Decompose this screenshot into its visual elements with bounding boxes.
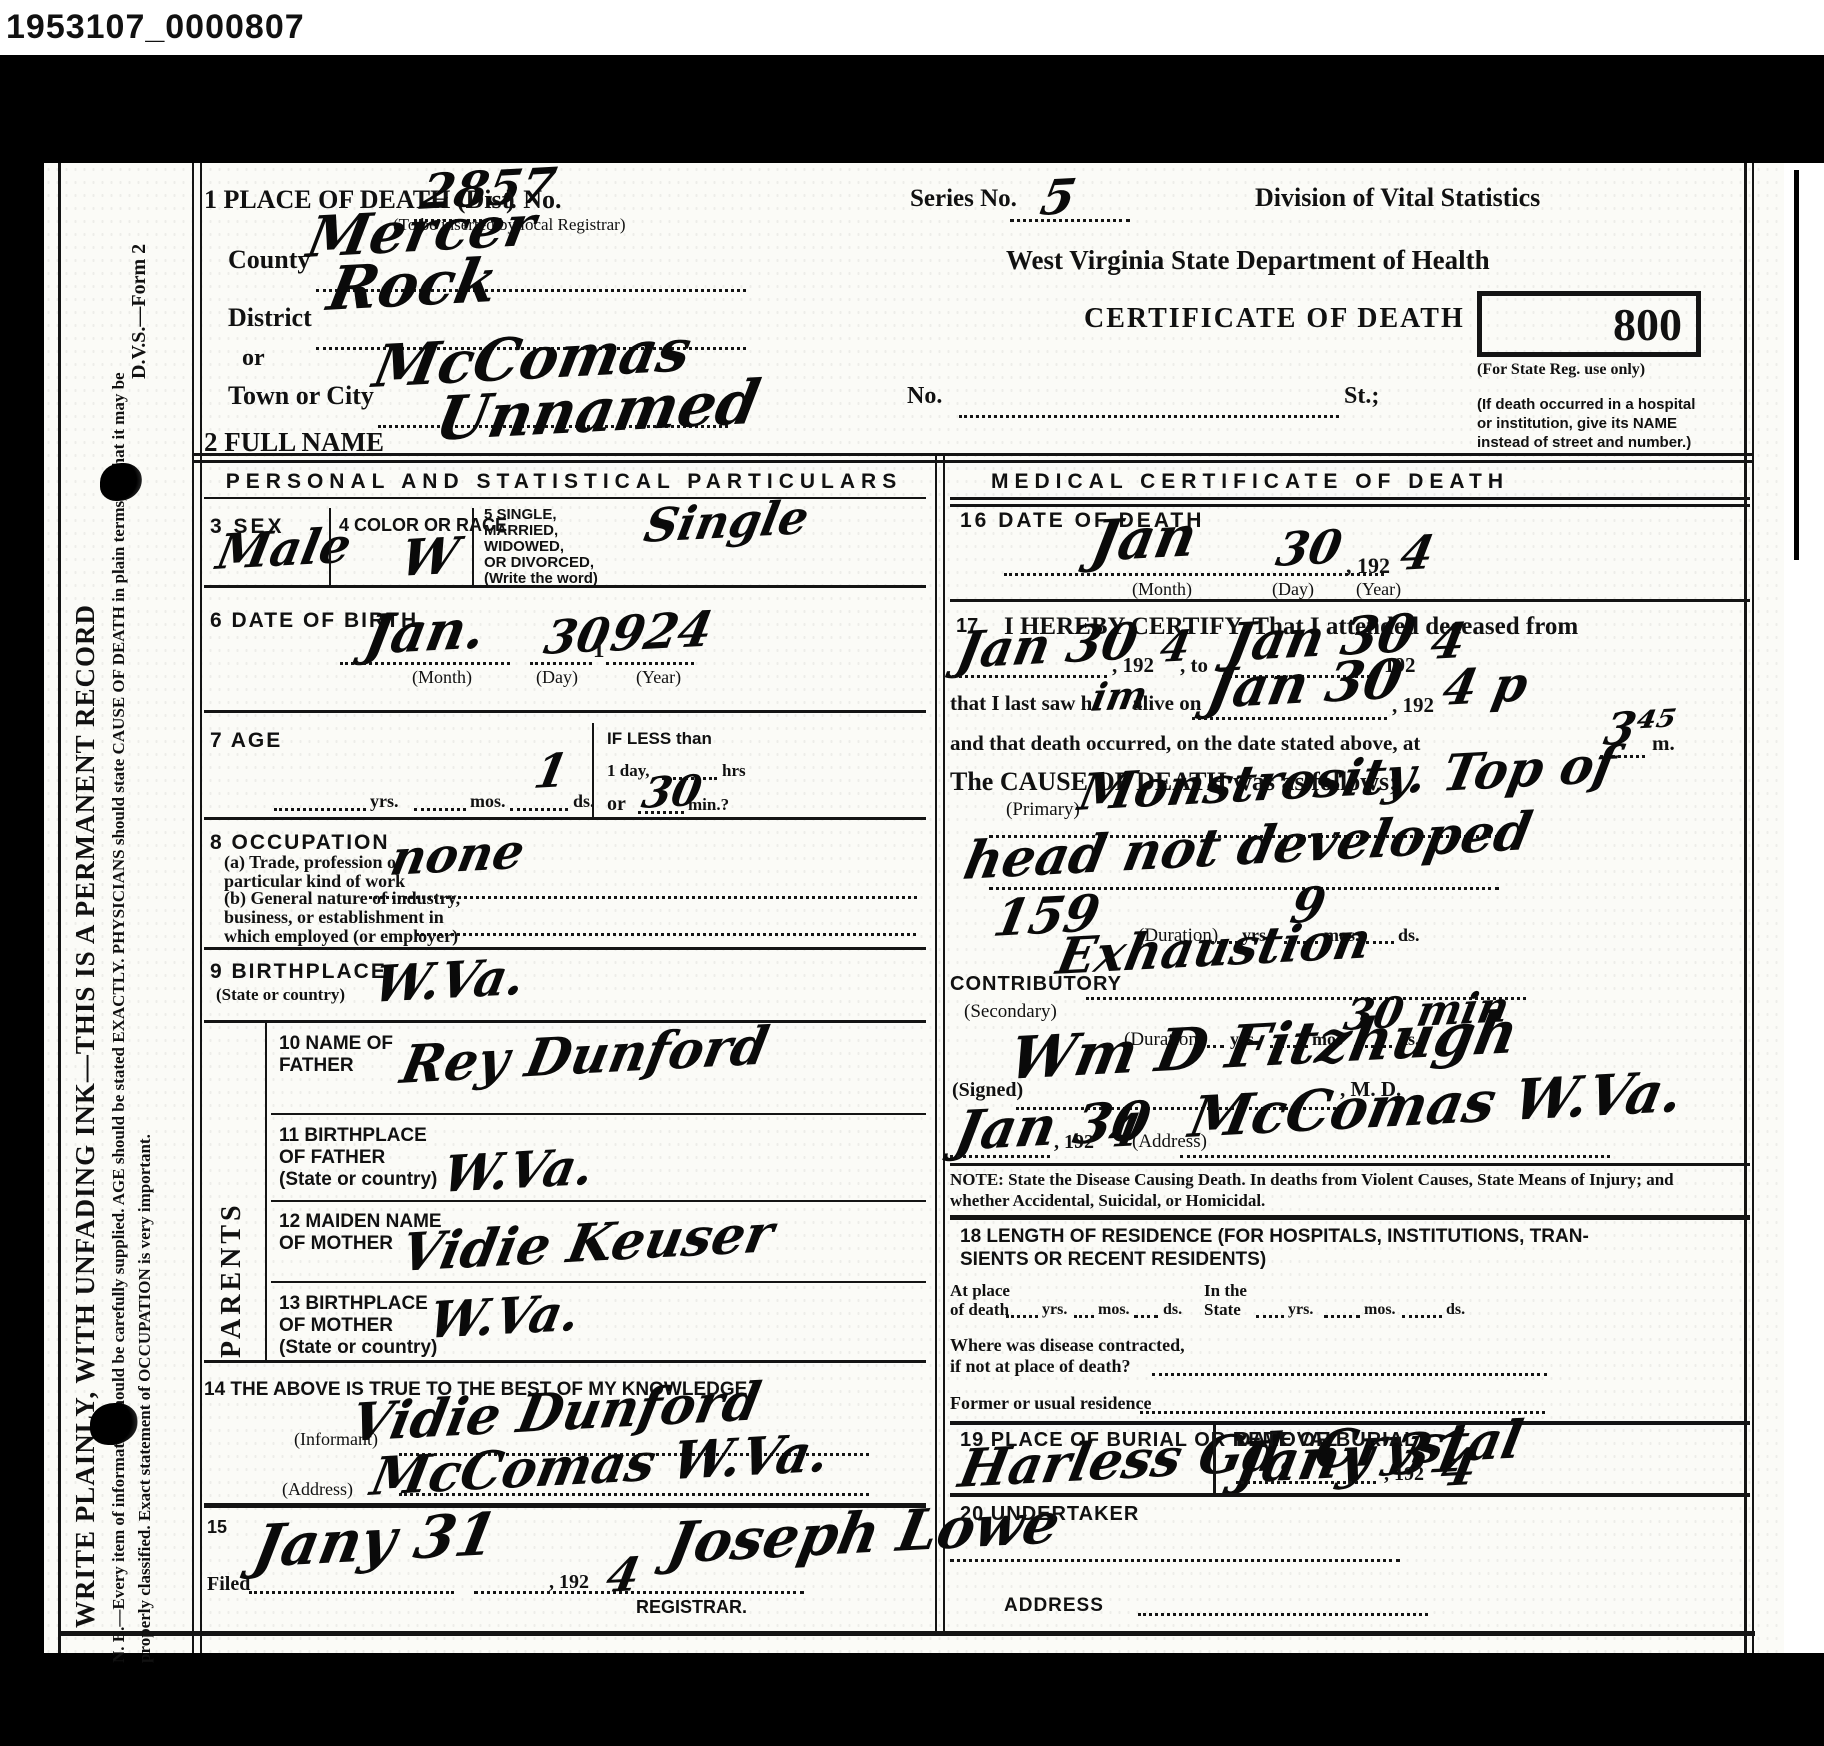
section-divider-rule xyxy=(192,453,1752,463)
sex-value: Male xyxy=(212,517,356,581)
birth-month-value: Jan. xyxy=(360,596,491,667)
state-reg-note: (For State Reg. use only) xyxy=(1477,361,1645,379)
month-caption: (Month) xyxy=(412,667,472,688)
father-name-label: 10 NAME OF FATHER xyxy=(279,1033,393,1077)
medical-section-title: MEDICAL CERTIFICATE OF DEATH xyxy=(950,470,1550,494)
mos-caption: mos. xyxy=(1098,1301,1130,1319)
former-residence-label: Former or usual residence xyxy=(950,1393,1151,1414)
dotted-line xyxy=(959,415,1339,418)
day-caption: (Day) xyxy=(536,667,578,688)
m-caption: m. xyxy=(1652,731,1675,756)
dotted-line xyxy=(530,662,592,665)
ds-caption: ds. xyxy=(1163,1301,1182,1319)
death-day-value: 30 xyxy=(1272,519,1347,577)
age-mos-caption: mos. xyxy=(470,791,506,812)
dotted-line xyxy=(1152,1373,1547,1376)
dotted-line xyxy=(399,1493,869,1496)
heavy-rule xyxy=(950,1215,1750,1220)
dotted-line xyxy=(1180,1155,1610,1158)
rule xyxy=(950,599,1750,602)
one-day-label: 1 day, xyxy=(607,761,650,781)
district-label: District xyxy=(228,303,312,333)
age-days-value: 1 xyxy=(530,743,573,799)
scan-black-band-bottom xyxy=(0,1653,1824,1746)
ds-caption: ds. xyxy=(1398,925,1420,946)
rule xyxy=(271,1113,926,1115)
disease-contracted-label: Where was disease contracted, if not at … xyxy=(950,1335,1185,1377)
saw-year-prefix: , 192 xyxy=(1392,693,1434,718)
dotted-line xyxy=(414,808,466,811)
filed-date-value: Jany 31 xyxy=(248,1500,503,1581)
form-border-right xyxy=(1752,163,1754,1653)
scan-black-band-left xyxy=(0,163,44,1653)
year-caption: (Year) xyxy=(636,667,681,688)
dotted-line xyxy=(952,675,1107,678)
dotted-line xyxy=(249,1591,454,1594)
contributory-value: Exhaustion xyxy=(1052,910,1376,986)
last-saw-post: alive on xyxy=(1132,691,1201,716)
birthplace-value: W.Va. xyxy=(369,946,530,1014)
or-label: or xyxy=(242,345,265,372)
cell-divider xyxy=(592,723,594,817)
rule xyxy=(271,1200,926,1202)
color-race-value: W xyxy=(396,525,464,588)
age-yrs-caption: yrs. xyxy=(370,791,399,812)
state-registration-number: 800 xyxy=(1477,291,1701,357)
violent-causes-note: NOTE: State the Disease Causing Death. I… xyxy=(950,1169,1730,1211)
rule xyxy=(271,1281,926,1283)
dotted-line xyxy=(1402,1315,1442,1318)
secondary-caption: (Secondary) xyxy=(964,1001,1057,1023)
cell-divider xyxy=(1213,1421,1216,1493)
mother-birthplace-value: W.Va. xyxy=(424,1282,585,1350)
death-month-value: Jan xyxy=(1086,503,1202,575)
rule xyxy=(950,1163,1750,1166)
dotted-line xyxy=(510,808,568,811)
birth-year-value: 924 xyxy=(606,601,717,663)
day-caption: (Day) xyxy=(1272,579,1314,600)
hospital-note: (If death occurred in a hospital or inst… xyxy=(1477,395,1702,452)
month-caption: (Month) xyxy=(1132,579,1192,600)
last-saw-year: 4 p xyxy=(1438,656,1533,717)
dotted-line xyxy=(950,1155,1050,1158)
occupation-b-label: (b) General nature of industry, business… xyxy=(224,889,460,946)
dotted-line xyxy=(1006,1315,1038,1318)
dotted-line xyxy=(1324,1315,1360,1318)
signature-year-prefix: , 192 xyxy=(1054,1131,1094,1154)
father-birthplace-label: 11 BIRTHPLACE OF FATHER (State or countr… xyxy=(279,1125,437,1191)
registrar-caption: REGISTRAR. xyxy=(636,1597,747,1618)
ds-caption: ds. xyxy=(1446,1301,1465,1319)
if-less-label: IF LESS than xyxy=(607,729,712,749)
dotted-line xyxy=(1366,941,1394,944)
yrs-caption: yrs. xyxy=(1042,1301,1067,1319)
rule xyxy=(204,1020,926,1023)
undertaker-address-label: ADDRESS xyxy=(1004,1595,1104,1617)
dotted-line xyxy=(950,1559,1400,1562)
death-year-value: 4 xyxy=(1396,525,1439,581)
parents-label: PARENTS xyxy=(216,1098,248,1358)
certificate-paper: D.V.S.—Form 2 WRITE PLAINLY, WITH UNFADI… xyxy=(44,163,1784,1653)
cell-divider xyxy=(472,508,474,588)
rule xyxy=(204,710,926,713)
rule xyxy=(204,585,926,588)
birthplace-label: 9 BIRTHPLACE xyxy=(210,960,387,984)
dotted-line xyxy=(1236,1481,1376,1484)
street-no-label: No. xyxy=(907,383,942,410)
dotted-line xyxy=(638,811,684,814)
marital-status-label: 5 SINGLE, MARRIED, WIDOWED, OR DIVORCED,… xyxy=(484,507,598,587)
year-caption: (Year) xyxy=(1356,579,1401,600)
margin-nb-note: N. B.—Every item of information should b… xyxy=(106,333,190,1663)
rule xyxy=(204,497,926,499)
cell-divider xyxy=(329,508,331,588)
primary-caption: (Primary) xyxy=(1006,799,1080,821)
last-saw-pre: that I last saw h xyxy=(950,691,1092,716)
form-border-bottom xyxy=(58,1631,1755,1636)
length-of-residence-label: 18 LENGTH OF RESIDENCE (FOR HOSPITALS, I… xyxy=(960,1225,1730,1271)
town-or-city-label: Town or City xyxy=(228,381,374,411)
dotted-line xyxy=(1134,1315,1158,1318)
rule xyxy=(204,817,926,820)
department-title: West Virginia State Department of Health xyxy=(1006,245,1490,276)
heavy-rule xyxy=(950,1493,1750,1497)
father-name-value: Rey Dunford xyxy=(396,1015,774,1096)
mos-caption: mos. xyxy=(1364,1301,1396,1319)
district-value: Rock xyxy=(322,245,504,325)
dotted-line xyxy=(1138,1613,1428,1616)
min-caption: min.? xyxy=(688,795,729,815)
rule xyxy=(950,497,1750,507)
filed-number: 15 xyxy=(207,1517,227,1538)
dotted-line xyxy=(474,1591,804,1594)
dotted-line xyxy=(416,933,916,936)
scanned-death-certificate-page: 1953107_0000807 D.V.S.—Form 2 WRITE PLAI… xyxy=(0,0,1824,1746)
hrs-caption: hrs xyxy=(722,761,746,781)
form-border-right xyxy=(1744,163,1747,1653)
occupation-a-label: (a) Trade, profession or particular kind… xyxy=(224,853,405,891)
scan-id: 1953107_0000807 xyxy=(6,8,305,47)
filed-label: Filed xyxy=(207,1573,250,1596)
at-place-label: At place of death xyxy=(950,1281,1010,1319)
margin-separator-line xyxy=(192,163,194,1653)
burial-year-prefix: , 192 xyxy=(1384,1463,1424,1486)
or-caption: or xyxy=(607,793,626,816)
form-border-left xyxy=(58,163,61,1653)
age-label: 7 AGE xyxy=(210,729,282,753)
mother-birthplace-label: 13 BIRTHPLACE OF MOTHER (State or countr… xyxy=(279,1293,437,1359)
marital-status-value: Single xyxy=(640,490,813,553)
scan-black-band-top xyxy=(0,55,1824,163)
dotted-line xyxy=(606,662,694,665)
last-saw-date-value: Jan 30 xyxy=(1202,646,1408,721)
dotted-line xyxy=(274,808,366,811)
dotted-line xyxy=(1256,1315,1284,1318)
yrs-caption: yrs. xyxy=(1288,1301,1313,1319)
birthplace-sub: (State or country) xyxy=(216,985,345,1005)
column-divider xyxy=(935,455,937,1633)
rule xyxy=(204,1360,926,1363)
to-label: , to xyxy=(1180,653,1208,678)
margin-separator-line xyxy=(200,163,202,1653)
undertaker-label: 20 UNDERTAKER xyxy=(960,1503,1139,1526)
father-birthplace-value: W.Va. xyxy=(438,1136,599,1204)
column-divider xyxy=(943,455,945,1633)
mother-name-value: Vidie Keuser xyxy=(396,1203,779,1284)
dotted-line xyxy=(340,662,510,665)
dotted-line xyxy=(1192,717,1387,720)
st-label: St.; xyxy=(1344,383,1379,410)
personal-section-title: PERSONAL AND STATISTICAL PARTICULARS xyxy=(204,470,924,494)
division-title: Division of Vital Statistics xyxy=(1255,183,1540,213)
dotted-line xyxy=(1004,573,1384,576)
rule xyxy=(204,947,926,950)
occupation-a-value: none xyxy=(386,823,529,887)
scan-edge-line xyxy=(1794,170,1799,560)
in-state-label: In the State xyxy=(1204,1281,1247,1319)
filed-year-value: 4 xyxy=(602,1547,645,1603)
certificate-title: CERTIFICATE OF DEATH xyxy=(1084,303,1465,335)
cell-divider xyxy=(265,1020,267,1360)
series-no-label: Series No. xyxy=(910,185,1017,213)
year-prefix: 1 xyxy=(593,637,605,663)
county-label: County xyxy=(228,245,310,275)
informant-address-caption: (Address) xyxy=(282,1479,353,1500)
dotted-line xyxy=(1074,1315,1094,1318)
